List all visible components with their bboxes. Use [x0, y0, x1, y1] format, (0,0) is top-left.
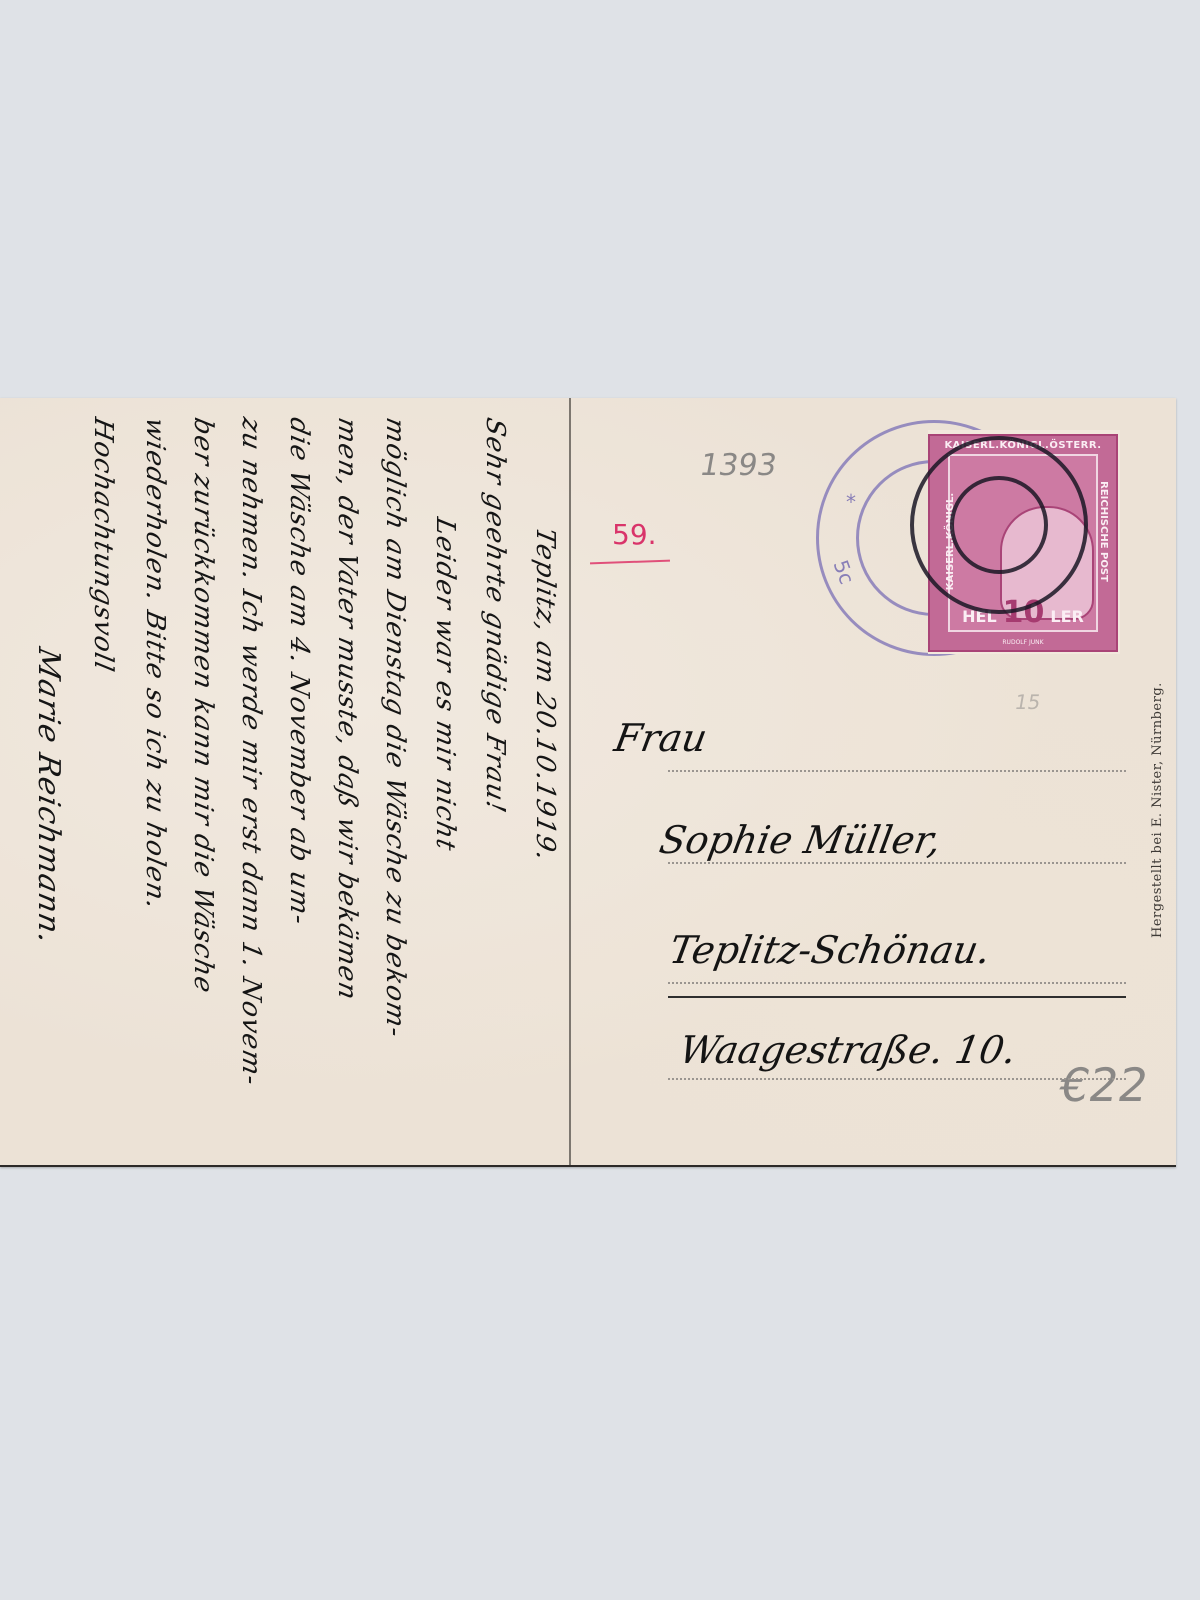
address-city: Teplitz-Schönau.	[666, 928, 994, 972]
signature: Marie Reichmann.	[31, 644, 66, 948]
address-rule	[668, 982, 1126, 984]
center-divider	[569, 398, 571, 1165]
pencil-faint-note: 15	[1013, 690, 1043, 714]
stamp-designer: RUDOLF JUNK	[930, 639, 1116, 646]
address-rule	[668, 1078, 1126, 1080]
salutation: Sehr geehrte gnädige Frau!	[480, 415, 510, 816]
red-note-number: 59.	[612, 518, 657, 551]
pencil-price: €22	[1055, 1058, 1152, 1112]
message-line: Leider war es mir nicht	[430, 515, 460, 854]
red-underline	[590, 560, 670, 565]
address-rule	[668, 862, 1126, 864]
place-date: Teplitz, am 20.10.1919.	[530, 525, 560, 865]
postmark-star: *	[846, 490, 856, 514]
publisher-imprint: Hergestellt bei E. Nister, Nürnberg.	[1150, 682, 1165, 938]
address-salutation: Frau	[611, 716, 710, 760]
pencil-note-number: 1393	[697, 448, 780, 483]
address-city-underline	[668, 996, 1126, 998]
postcard: Teplitz, am 20.10.1919. Sehr geehrte gnä…	[0, 398, 1176, 1167]
cancellation-inner-ring	[950, 476, 1048, 574]
message-line: die Wäsche am 4. November ab um-	[284, 415, 314, 928]
message-line: zu nehmen. Ich werde mir erst dann 1. No…	[236, 415, 266, 1089]
message-line: men, der Vater musste, daß wir bekämen	[332, 415, 362, 1003]
address-rule	[668, 770, 1126, 772]
stamp-right-text: REICHISCHE POST	[1098, 481, 1109, 582]
closing: Hochachtungsvoll	[88, 415, 118, 675]
stamp-value-suffix: LER	[1050, 607, 1083, 626]
address-name: Sophie Müller,	[656, 818, 944, 862]
message-area: Teplitz, am 20.10.1919. Sehr geehrte gnä…	[0, 398, 560, 1165]
message-line: möglich am Dienstag die Wäsche zu bekom-	[380, 415, 410, 1041]
message-line: wiederholen. Bitte so ich zu holen.	[140, 415, 170, 913]
message-line: ber zurückkommen kann mir die Wäsche	[188, 415, 218, 996]
address-street: Waagestraße. 10.	[676, 1028, 1020, 1072]
